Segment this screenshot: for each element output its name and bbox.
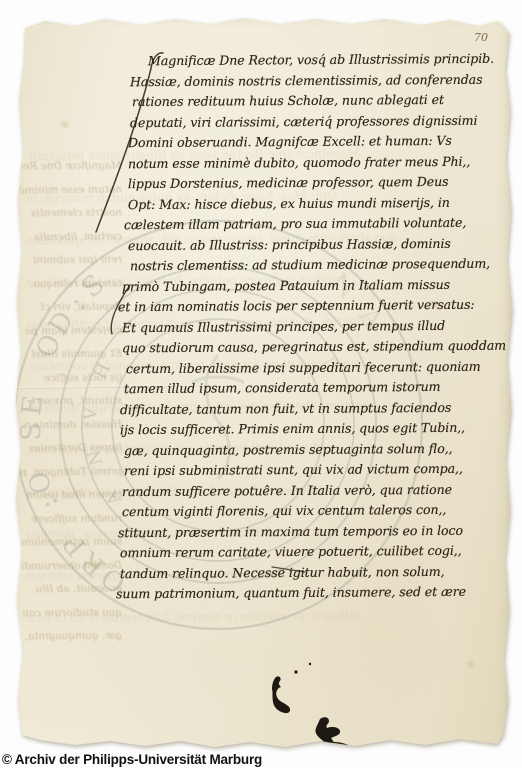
manuscript-line: Et quamuis Illustrissimi principes, per … — [122, 317, 445, 334]
manuscript-line: lippus Dorstenius, medicinæ professor, q… — [128, 174, 449, 191]
manuscript-line: Magnificæ Dne Rector, vosq́ ab Illustris… — [148, 51, 494, 68]
manuscript-line: tandum relinquo. Necesse igitur habuit, … — [120, 563, 445, 580]
page-number: 70 — [474, 31, 488, 44]
manuscript-line: certum, liberalissime ipsi suppeditari f… — [126, 358, 481, 375]
manuscript-line: Opt: Max: hisce diebus, ex huius mundi m… — [128, 194, 450, 211]
manuscript-line: rationes redituum huius Scholæ, nunc abl… — [132, 92, 444, 109]
manuscript-line: gæ, quinquaginta, postremis septuaginta … — [124, 440, 453, 457]
foxing-spot — [62, 122, 68, 127]
manuscript-line: centum viginti florenis, qui vix centum … — [122, 502, 446, 519]
manuscript-line: tamen illud ipsum, considerata temporum … — [124, 379, 441, 396]
manuscript-line: euocauit. ab Illustriss: principibus Has… — [128, 235, 451, 252]
manuscript-line: nostris clementiss: ad studium medicinæ … — [130, 256, 490, 274]
paper-wrap: Magnificæ Dne Recnotum esse minimènostri… — [0, 0, 522, 768]
manuscript-line: primò Tubingam, postea Patauium in Itali… — [122, 276, 450, 293]
manuscript-line: deputati, viri clarissimi, cæteriq́ prof… — [130, 112, 477, 129]
manuscript-line: difficultate, tantum non fuit, vt in sum… — [120, 399, 451, 416]
manuscript-line: notum esse minimè dubito, quomodo frater… — [128, 153, 470, 170]
manuscript-page: Magnificæ Dne Recnotum esse minimènostri… — [0, 0, 522, 768]
manuscript-line: stituunt, præsertim in maxima tum tempor… — [118, 522, 463, 539]
manuscript-line: omnium rerum caritate, viuere potuerit, … — [120, 543, 462, 560]
copyright-caption: © Archiv der Philipps-Universität Marbur… — [2, 752, 262, 767]
manuscript-line: suum patrimonium, quantum fuit, insumere… — [116, 584, 466, 601]
manuscript-line: Hassiæ, dominis nostris clementissimis, … — [130, 71, 483, 88]
foxing-spot — [92, 562, 98, 567]
manuscript-line: cælestem illam patriam, pro sua immutabi… — [124, 215, 466, 232]
foxing-spot — [468, 662, 474, 667]
manuscript-line: et in iam nominatis locis per septennium… — [118, 297, 475, 314]
manuscript-line: reni ipsi subministrati sunt, qui vix ad… — [124, 461, 463, 478]
scan-photo: Magnificæ Dne Recnotum esse minimènostri… — [0, 0, 522, 768]
manuscript-line: ijs locis sufficeret. Primis enim annis,… — [120, 420, 465, 437]
manuscript-line: randum sufficere potuêre. In Italia verò… — [122, 481, 452, 498]
manuscript-line: Domini obseruandi. Magnifcæ Excell: et h… — [128, 133, 452, 150]
manuscript-line: quo studiorum causa, peregrinatus est, s… — [122, 338, 506, 356]
